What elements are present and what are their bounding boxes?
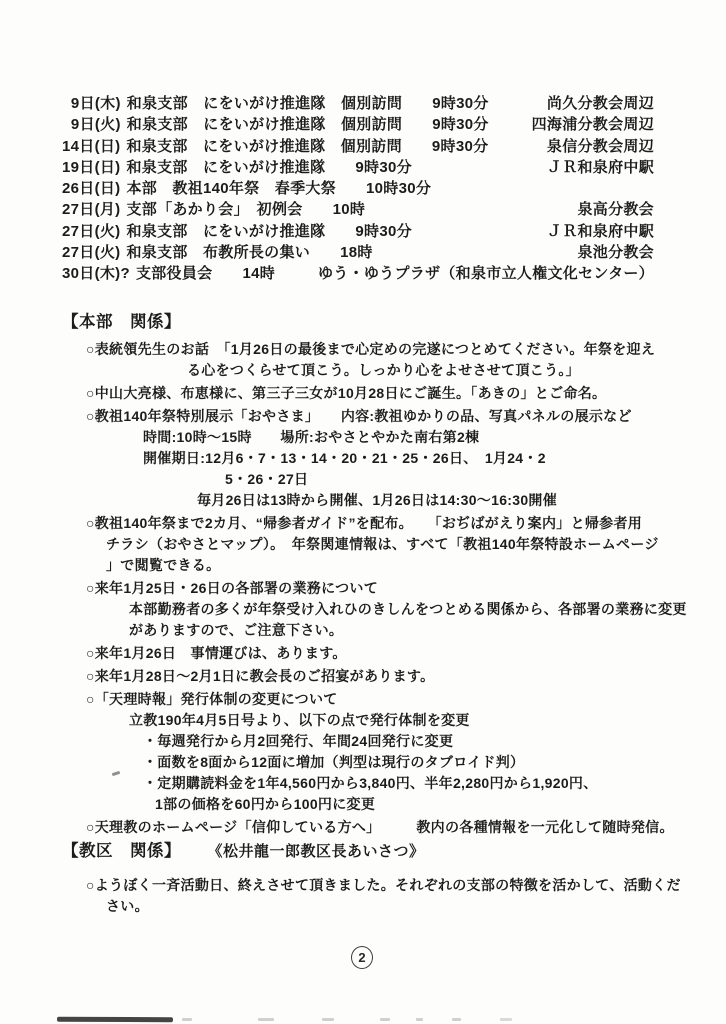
- body-line: チラシ（おやさとマップ）。 年祭関連情報は、すべて「教祖140年祭特設ホームペー…: [0, 534, 654, 555]
- body-line: ○表統領先生のお話 「1月26日の最後まで心定めの完遂につとめてください。年祭を…: [0, 339, 654, 360]
- schedule-row: 14日(日)和泉支部 にをいがけ推進隊 個別訪問9時30分泉信分教会周辺: [62, 135, 654, 156]
- scan-artifact: [416, 1018, 423, 1021]
- body-line: ○ようぼく一斉活動日、終えさせて頂きました。それぞれの支部の特徴を活かして、活動…: [0, 875, 654, 896]
- schedule-location: ＪＲ和泉府中駅: [547, 156, 654, 177]
- schedule-event: 和泉支部 にをいがけ推進隊: [126, 220, 325, 241]
- body-line: ○天理教のホームページ「信仰している方へ」 教内の各種情報を一元化して随時発信。: [0, 817, 654, 838]
- kyoku-subheader-text: 《松井龍一郎教区長あいさつ》: [215, 843, 425, 860]
- schedule-time: 9時30分: [355, 220, 412, 241]
- body-line: ・毎週発行から月2回発行、年間24回発行に変更: [0, 731, 654, 752]
- schedule-time: 18時: [340, 241, 373, 262]
- body-line: さい。: [0, 896, 654, 917]
- kyoku-header-text: 【教区 関係】: [62, 842, 181, 860]
- schedule-event: 和泉支部 にをいがけ推進隊 個別訪問: [127, 92, 402, 113]
- schedule-time: 9時30分: [432, 113, 489, 134]
- body-line: 毎月26日は13時から開催、1月26日は14:30～16:30開催: [0, 490, 654, 511]
- kyoku-section: 【教区 関係】《松井龍一郎教区長あいさつ》 ○ようぼく一斉活動日、終えさせて頂き…: [0, 840, 654, 917]
- scan-artifact: [182, 1018, 192, 1021]
- body-line: がありますので、ご注意下さい。: [0, 620, 654, 641]
- schedule-location: 泉池分教会: [577, 241, 654, 262]
- schedule-location: 泉高分教会: [577, 198, 654, 219]
- schedule-row: 27日(火)和泉支部 布教所長の集い18時泉池分教会: [62, 241, 654, 262]
- scan-artifact: [258, 1018, 274, 1021]
- schedule-list: 9日(木)和泉支部 にをいがけ推進隊 個別訪問9時30分尚久分教会周辺 9日(火…: [62, 92, 654, 284]
- schedule-time: 10時30分: [366, 177, 431, 198]
- honbu-section: 【本部 関係】 ○表統領先生のお話 「1月26日の最後まで心定めの完遂につとめて…: [0, 311, 654, 838]
- schedule-location: 尚久分教会周辺: [547, 92, 654, 113]
- body-line: ○教祖140年祭まで2カ月、“帰参者ガイド”を配布。 「おぢばがえり案内」と帰参…: [0, 513, 654, 534]
- schedule-date: 14日(日): [62, 135, 120, 156]
- body-line: ○来年1月28日～2月1日に教会長のご招宴があります。: [0, 666, 654, 687]
- schedule-date: 26日(日): [62, 177, 120, 198]
- schedule-date: 27日(火): [62, 220, 120, 241]
- schedule-event: 和泉支部 にをいがけ推進隊 個別訪問: [127, 113, 402, 134]
- schedule-row: 9日(木)和泉支部 にをいがけ推進隊 個別訪問9時30分尚久分教会周辺: [62, 92, 654, 113]
- bottom-cutoff-bar: [57, 1017, 173, 1022]
- schedule-time: 9時30分: [355, 156, 412, 177]
- body-line: ○中山大亮様、布恵様に、第三子三女が10月28日にご誕生。「あきの」とご命名。: [0, 383, 654, 404]
- body-line: 開催期日:12月6・7・13・14・20・21・25・26日、 1月24・2: [0, 448, 654, 469]
- honbu-header-text: 【本部 関係】: [62, 313, 181, 331]
- schedule-event: 和泉支部 にをいがけ推進隊 個別訪問: [126, 135, 401, 156]
- schedule-event: 本部 教祖140年祭 春季大祭: [126, 177, 336, 198]
- schedule-time: 9時30分: [432, 92, 489, 113]
- scan-artifact: [322, 1018, 334, 1021]
- schedule-event: 支部「あかり会」 初例会: [126, 198, 302, 219]
- body-line: ○来年1月26日 事情運びは、あります。: [0, 643, 654, 664]
- schedule-date: 30日(木)?: [62, 262, 130, 283]
- schedule-date: 19日(日): [62, 156, 120, 177]
- scanned-newsletter-page: 9日(木)和泉支部 にをいがけ推進隊 個別訪問9時30分尚久分教会周辺 9日(火…: [0, 0, 726, 1024]
- schedule-row: 27日(火)和泉支部 にをいがけ推進隊9時30分ＪＲ和泉府中駅: [62, 220, 654, 241]
- schedule-row: 30日(木)?支部役員会14時ゆう・ゆうプラザ（和泉市立人権文化センター）: [62, 262, 654, 283]
- schedule-location: 泉信分教会周辺: [547, 135, 654, 156]
- page-number: 2: [351, 946, 373, 969]
- body-line: 1部の価格を60円から100円に変更: [0, 794, 654, 815]
- page-number-text: 2: [358, 950, 365, 965]
- schedule-event: 和泉支部 布教所長の集い: [126, 241, 310, 262]
- body-line: ○「天理時報」発行体制の変更について: [0, 689, 654, 710]
- kyoku-section-header: 【教区 関係】《松井龍一郎教区長あいさつ》: [0, 840, 654, 863]
- body-line: ○来年1月25日・26日の各部署の業務について: [0, 578, 654, 599]
- scan-artifact: [452, 1018, 461, 1021]
- schedule-date: 27日(火): [62, 241, 120, 262]
- body-line: る心をつくらせて頂こう。しっかり心をよせさせて頂こう。」: [0, 360, 654, 381]
- schedule-event: 和泉支部 にをいがけ推進隊: [126, 156, 325, 177]
- scan-artifact: [380, 1018, 390, 1021]
- scan-artifact: [500, 1018, 512, 1021]
- body-line: ○教祖140年祭特別展示「おやさま」 内容:教祖ゆかりの品、写真パネルの展示など: [0, 406, 654, 427]
- schedule-row: 27日(月)支部「あかり会」 初例会10時泉高分教会: [62, 198, 654, 219]
- schedule-location: ゆう・ゆうプラザ（和泉市立人権文化センター）: [318, 262, 654, 283]
- honbu-body: ○表統領先生のお話 「1月26日の最後まで心定めの完遂につとめてください。年祭を…: [0, 339, 654, 838]
- schedule-row: 9日(火)和泉支部 にをいがけ推進隊 個別訪問9時30分四海浦分教会周辺: [62, 113, 654, 134]
- body-line: ・定期購読料金を1年4,560円から3,840円、半年2,280円から1,920…: [0, 773, 654, 794]
- body-line: 立教190年4月5日号より、以下の点で発行体制を変更: [0, 710, 654, 731]
- schedule-time: 14時: [242, 262, 275, 283]
- schedule-row: 19日(日)和泉支部 にをいがけ推進隊9時30分ＪＲ和泉府中駅: [62, 156, 654, 177]
- body-line: ・面数を8面から12面に増加（判型は現行のタブロイド判）: [0, 752, 654, 773]
- schedule-time: 9時30分: [432, 135, 489, 156]
- schedule-date: 9日(火): [62, 113, 121, 134]
- schedule-time: 10時: [333, 198, 366, 219]
- schedule-location: 四海浦分教会周辺: [532, 113, 654, 134]
- schedule-location: ＪＲ和泉府中駅: [547, 220, 654, 241]
- kyoku-body: ○ようぼく一斉活動日、終えさせて頂きました。それぞれの支部の特徴を活かして、活動…: [0, 875, 654, 917]
- body-line: 本部勤務者の多くが年祭受け入れひのきしんをつとめる関係から、各部署の業務に変更: [0, 599, 654, 620]
- body-line: 5・26・27日: [0, 469, 654, 490]
- schedule-row: 26日(日)本部 教祖140年祭 春季大祭10時30分: [62, 177, 654, 198]
- schedule-date: 27日(月): [62, 198, 120, 219]
- schedule-event: 支部役員会: [136, 262, 213, 283]
- body-line: 」で閲覧できる。: [0, 555, 654, 576]
- body-line: 時間:10時～15時 場所:おやさとやかた南右第2棟: [0, 427, 654, 448]
- schedule-date: 9日(木): [62, 92, 121, 113]
- honbu-section-header: 【本部 関係】: [0, 311, 654, 333]
